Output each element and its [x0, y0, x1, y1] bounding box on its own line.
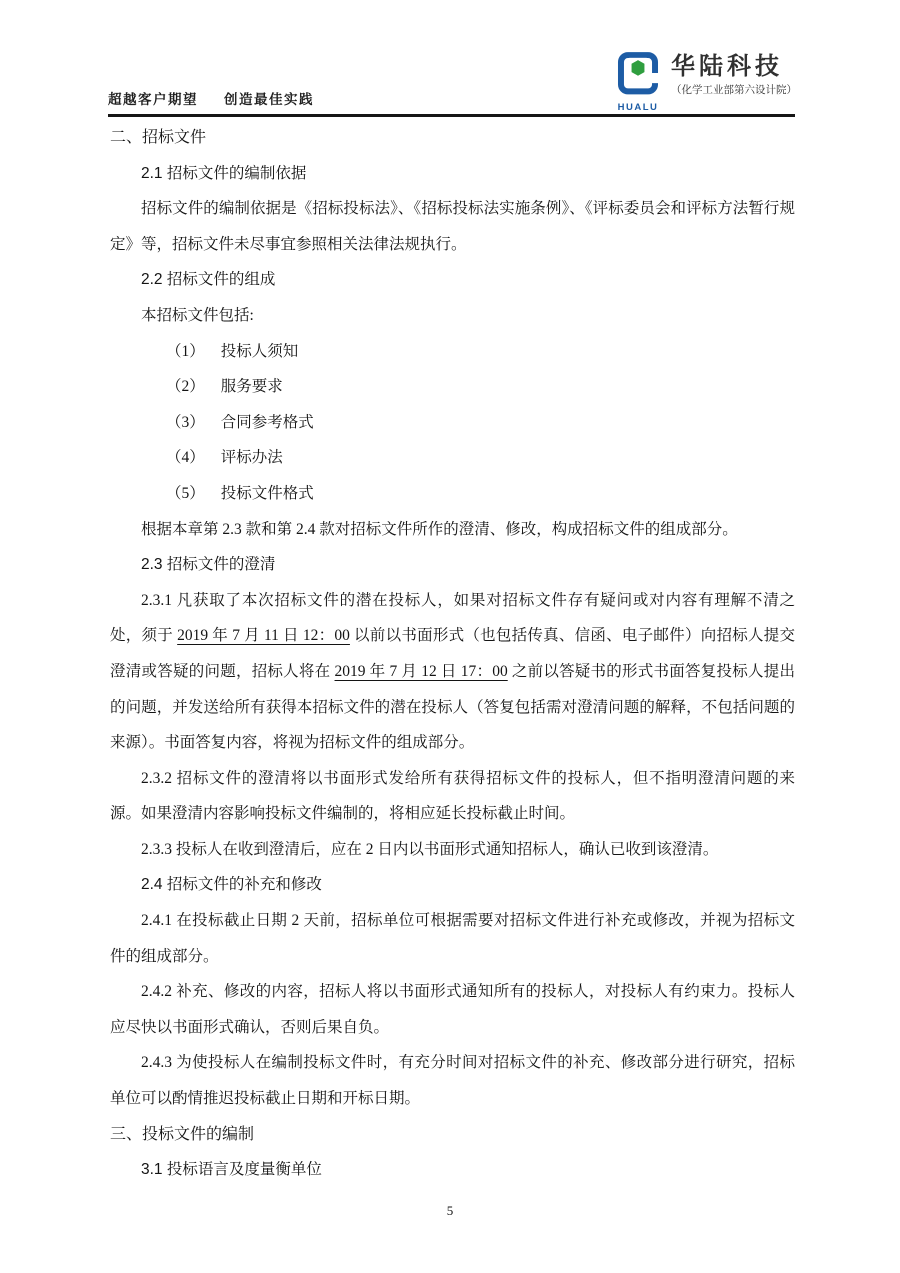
- slogan-right: 创造最佳实践: [224, 92, 314, 107]
- paragraph: 2.3.3 投标人在收到澄清后，应在 2 日内以书面形式通知招标人，确认已收到该…: [110, 832, 795, 868]
- subsection-heading: 3.1 投标语言及度量衡单位: [110, 1152, 795, 1188]
- document-body: 二、招标文件 2.1 招标文件的编制依据 招标文件的编制依据是《招标投标法》、《…: [110, 120, 795, 1188]
- list-item-label: 服务要求: [221, 378, 283, 395]
- list-item: （1）投标人须知: [110, 334, 795, 370]
- paragraph: 2.4.1 在投标截止日期 2 天前，招标单位可根据需要对招标文件进行补充或修改…: [110, 903, 795, 974]
- list-item: （2）服务要求: [110, 369, 795, 405]
- list-item: （3）合同参考格式: [110, 405, 795, 441]
- slogan-left: 超越客户期望: [108, 92, 198, 107]
- list-item-number: （1）: [166, 343, 205, 360]
- subsection-heading: 2.1 招标文件的编制依据: [110, 156, 795, 192]
- list-item-number: （4）: [166, 449, 205, 466]
- header-divider: [108, 114, 795, 117]
- logo-mark-text: HUALU: [618, 102, 659, 113]
- logo-mark-wrap: HUALU: [613, 50, 663, 113]
- logo-brand-subtitle: （化学工业部第六设计院）: [671, 83, 797, 97]
- subsection-heading: 2.4 招标文件的补充和修改: [110, 867, 795, 903]
- list-item-label: 投标文件格式: [221, 485, 314, 502]
- section-heading: 三、投标文件的编制: [110, 1117, 795, 1153]
- underlined-date: 2019 年 7 月 12 日 17：00: [335, 663, 508, 680]
- list-item-number: （5）: [166, 485, 205, 502]
- list-item-label: 投标人须知: [221, 343, 299, 360]
- paragraph: 2.3.2 招标文件的澄清将以书面形式发给所有获得招标文件的投标人，但不指明澄清…: [110, 761, 795, 832]
- paragraph: 2.3.1 凡获取了本次招标文件的潜在投标人，如果对招标文件存有疑问或对内容有理…: [110, 583, 795, 761]
- document-page: 超越客户期望创造最佳实践 HUALU 华陆科技 （化学工业部第六设计院） 二、招…: [0, 0, 900, 1273]
- company-logo: HUALU 华陆科技 （化学工业部第六设计院）: [613, 50, 797, 113]
- list-item-label: 评标办法: [221, 449, 283, 466]
- underlined-date: 2019 年 7 月 11 日 12：00: [177, 627, 350, 644]
- subsection-heading: 2.2 招标文件的组成: [110, 262, 795, 298]
- list-item-number: （2）: [166, 378, 205, 395]
- header-tagline: 超越客户期望创造最佳实践: [108, 88, 314, 108]
- paragraph: 招标文件的编制依据是《招标投标法》、《招标投标法实施条例》、《评标委员会和评标方…: [110, 191, 795, 262]
- list-item-label: 合同参考格式: [221, 414, 314, 431]
- logo-brand-wrap: 华陆科技 （化学工业部第六设计院）: [671, 50, 797, 97]
- hualu-logo-icon: [615, 50, 661, 101]
- paragraph: 2.4.3 为使投标人在编制投标文件时，有充分时间对招标文件的补充、修改部分进行…: [110, 1045, 795, 1116]
- list-item: （4）评标办法: [110, 440, 795, 476]
- paragraph: 本招标文件包括:: [110, 298, 795, 334]
- paragraph: 根据本章第 2.3 款和第 2.4 款对招标文件所作的澄清、修改，构成招标文件的…: [110, 512, 795, 548]
- list-item: （5）投标文件格式: [110, 476, 795, 512]
- page-number: 5: [0, 1203, 900, 1219]
- paragraph: 2.4.2 补充、修改的内容，招标人将以书面形式通知所有的投标人，对投标人有约束…: [110, 974, 795, 1045]
- logo-brand-name: 华陆科技: [671, 54, 797, 80]
- list-item-number: （3）: [166, 414, 205, 431]
- section-heading: 二、招标文件: [110, 120, 795, 156]
- subsection-heading: 2.3 招标文件的澄清: [110, 547, 795, 583]
